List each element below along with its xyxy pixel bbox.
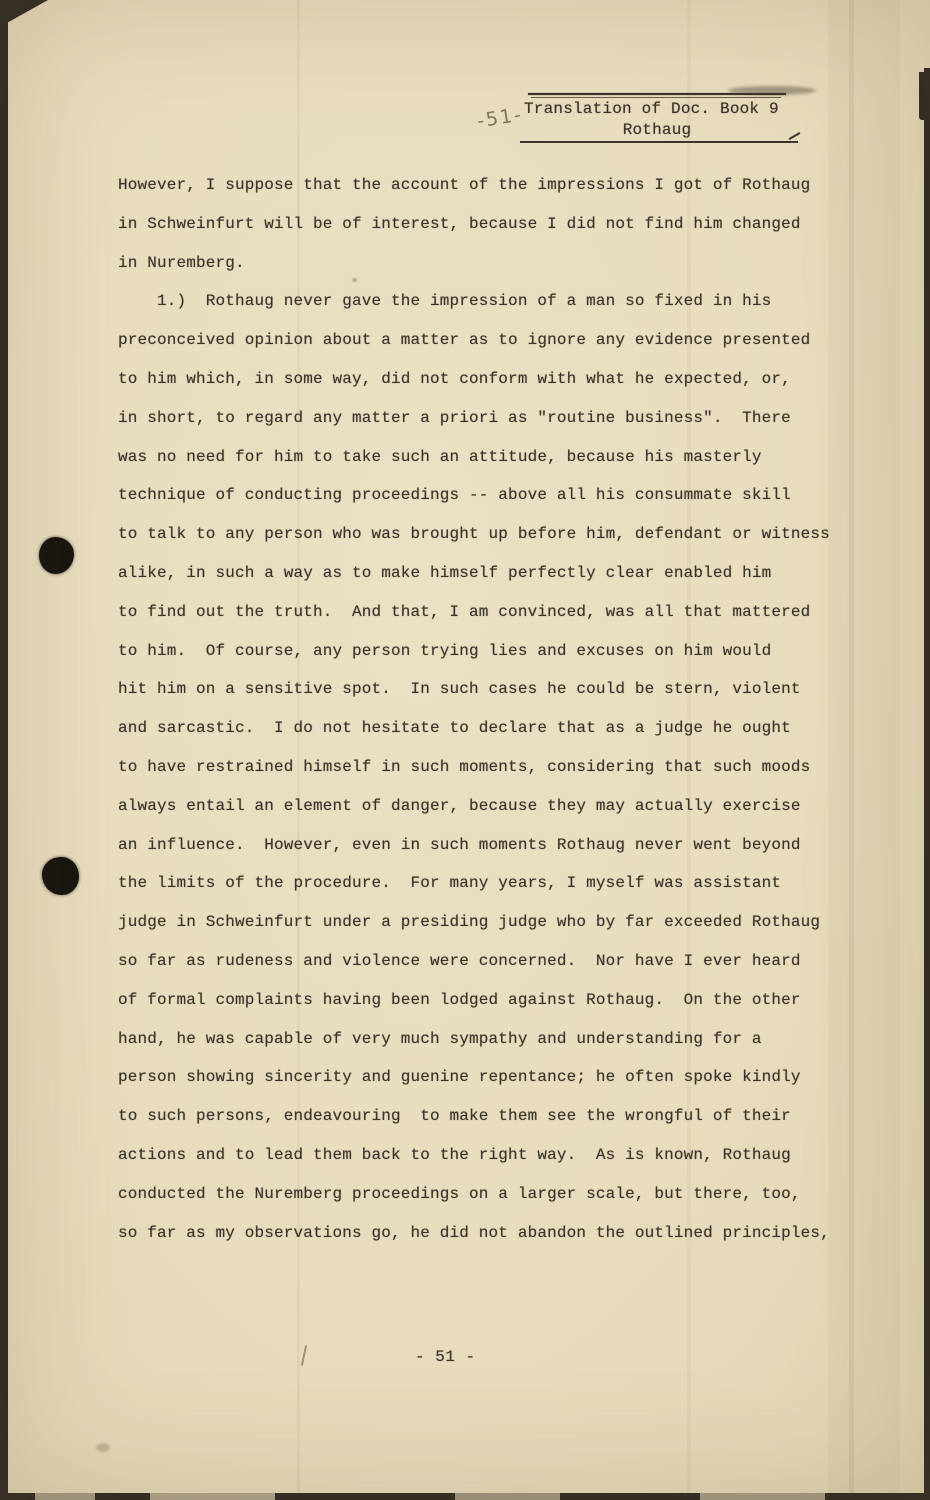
- header-rule-top-thin: [531, 97, 781, 98]
- text-line: so far as rudeness and violence were con…: [118, 942, 858, 981]
- text-line: hand, he was capable of very much sympat…: [118, 1020, 858, 1059]
- scan-corner-top-left: [0, 0, 48, 22]
- text-line: to have restrained himself in such momen…: [118, 748, 858, 787]
- paper-stain: [352, 278, 357, 282]
- text-line: of formal complaints having been lodged …: [118, 981, 858, 1020]
- text-line: person showing sincerity and guenine rep…: [118, 1058, 858, 1097]
- text-line: technique of conducting proceedings -- a…: [118, 476, 858, 515]
- scanned-document-page: -51- Translation of Doc. Book 9 Rothaug …: [0, 0, 930, 1500]
- paper-stain: [96, 1443, 110, 1452]
- text-line: However, I suppose that the account of t…: [118, 166, 858, 205]
- text-line: hit him on a sensitive spot. In such cas…: [118, 670, 858, 709]
- text-line: to such persons, endeavouring to make th…: [118, 1097, 858, 1136]
- text-line: actions and to lead them back to the rig…: [118, 1136, 858, 1175]
- text-line: 1.) Rothaug never gave the impression of…: [118, 282, 858, 321]
- text-line: to him. Of course, any person trying lie…: [118, 632, 858, 671]
- document-header-stamp: Translation of Doc. Book 9 Rothaug: [524, 93, 790, 143]
- text-line: always entail an element of danger, beca…: [118, 787, 858, 826]
- scan-edge-right: [924, 68, 930, 1500]
- text-line: to find out the truth. And that, I am co…: [118, 593, 858, 632]
- text-line: judge in Schweinfurt under a presiding j…: [118, 903, 858, 942]
- text-line: so far as my observations go, he did not…: [118, 1214, 858, 1253]
- text-line: preconceived opinion about a matter as t…: [118, 321, 858, 360]
- header-rule-top: [528, 93, 786, 95]
- footer-page-number: - 51 -: [415, 1348, 476, 1366]
- text-line: the limits of the procedure. For many ye…: [118, 864, 858, 903]
- text-line: an influence. However, even in such mome…: [118, 826, 858, 865]
- scan-edge-right-notch: [919, 72, 930, 120]
- text-line: to talk to any person who was brought up…: [118, 515, 858, 554]
- hole-punch-top: [39, 537, 74, 574]
- text-line: in Schweinfurt will be of interest, beca…: [118, 205, 858, 244]
- document-body: However, I suppose that the account of t…: [118, 166, 858, 1252]
- pencil-page-number-annotation: -51-: [476, 104, 525, 133]
- text-line: alike, in such a way as to make himself …: [118, 554, 858, 593]
- scan-edge-bottom: [0, 1493, 930, 1500]
- pencil-mark: [301, 1345, 307, 1366]
- header-title: Translation of Doc. Book 9: [524, 100, 790, 118]
- text-line: in Nuremberg.: [118, 244, 858, 283]
- header-subject: Rothaug: [524, 121, 790, 139]
- text-line: conducted the Nuremberg proceedings on a…: [118, 1175, 858, 1214]
- scan-edge-left: [0, 0, 8, 1500]
- text-line: and sarcastic. I do not hesitate to decl…: [118, 709, 858, 748]
- hole-punch-bottom: [42, 857, 79, 895]
- text-line: in short, to regard any matter a priori …: [118, 399, 858, 438]
- header-rule-bottom: [520, 141, 798, 143]
- text-line: to him which, in some way, did not confo…: [118, 360, 858, 399]
- text-line: was no need for him to take such an atti…: [118, 438, 858, 477]
